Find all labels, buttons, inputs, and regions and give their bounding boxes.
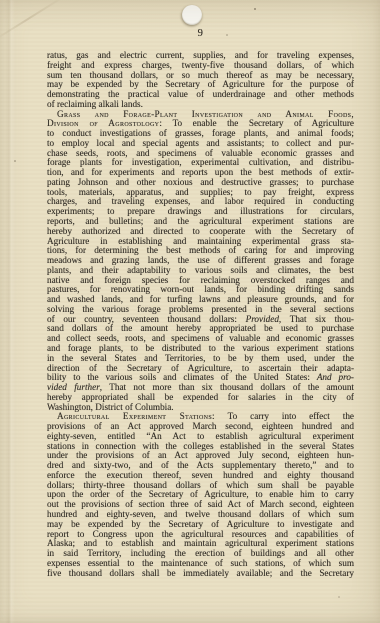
text-line: and washed lands, and for turfing lawns … — [47, 295, 354, 305]
text-line: and collect seeds, roots, and specimens … — [47, 334, 354, 344]
text-line: plants, and their adaptability to variou… — [47, 266, 354, 276]
body-text: Agriculture in establishing and maintain… — [47, 237, 354, 246]
text-line: Division of Agrostology: To enable the S… — [47, 119, 354, 129]
body-text: forage plants for investigation, experim… — [47, 158, 354, 167]
body-text: to employ local and special agents and a… — [47, 139, 354, 148]
body-text: enforce the execution thereof, seven hun… — [47, 471, 354, 480]
body-text: direction of the Secretary of Agricultur… — [47, 364, 354, 373]
text-line: native and foreign species for reclaimin… — [47, 276, 354, 286]
text-line: report to Congress upon the agricultural… — [47, 530, 354, 540]
text-line: hereby appropriated shall be expended fo… — [47, 393, 354, 403]
body-text: , That six thou- — [279, 315, 354, 324]
body-text: expenses essential to the maintenance of… — [47, 559, 354, 568]
text-line: may be expended by the Secretary of Agri… — [47, 520, 354, 530]
text-line: dred and sixty-two, and of the Acts supp… — [47, 461, 354, 471]
text-line: to conduct investigations of grasses, fo… — [47, 129, 354, 139]
text-line: vided further, That not more than six th… — [47, 383, 354, 393]
body-text: freight and express charges, twenty-five… — [47, 61, 354, 70]
body-text: chase seeds, roots, and specimens of val… — [47, 149, 354, 158]
text-line: and forage plants, to be distributed to … — [47, 344, 354, 354]
text-line: demonstrating the practical value of und… — [47, 90, 354, 100]
body-text: charges, and traveling expenses, and lab… — [47, 197, 354, 206]
body-text: eighty-seven, entitled “An Act to establ… — [47, 432, 354, 441]
text-line: under the provisions of an Act approved … — [47, 451, 354, 461]
text-line: sum ten thousand dollars, or so much the… — [47, 71, 354, 81]
text-block: ratus, gas and electric current, supplie… — [47, 51, 354, 578]
body-text: meadows and grazing lands, the use of di… — [47, 256, 354, 265]
text-line: solving the various forage problems pres… — [47, 305, 354, 315]
text-line: Agricultural Experiment Stations: To car… — [47, 412, 354, 422]
body-text: in the several States and Territories, t… — [47, 354, 354, 363]
body-text: of our country, seventeen thousand dolla… — [47, 315, 246, 324]
body-text: upon the order of the Secretary of Agric… — [47, 490, 354, 499]
text-line: in said Territory, including the erectio… — [47, 549, 354, 559]
text-line: tion, and for experiments and reports up… — [47, 168, 354, 178]
body-text: , That not more than six thousand dollar… — [100, 383, 354, 392]
scanned-page: 9 ratus, gas and electric current, suppl… — [0, 0, 380, 623]
body-text: and washed lands, and for turfing lawns … — [47, 295, 354, 304]
text-line: provisions of an Act approved March seco… — [47, 422, 354, 432]
text-line: bility to the various soils and climates… — [47, 373, 354, 383]
text-line: of our country, seventeen thousand dolla… — [47, 315, 354, 325]
body-text: may be expended by the Secretary of Agri… — [47, 520, 354, 529]
paper-crease — [5, 0, 15, 623]
text-line: pating Johnson and other noxious and des… — [47, 178, 354, 188]
body-text: five thousand dollars shall be immediate… — [47, 569, 354, 578]
body-text: native and foreign species for reclaimin… — [47, 276, 354, 285]
body-text: experiments; to prepare drawings and ill… — [47, 207, 354, 216]
body-text: hundred and eighty-seven, and twelve tho… — [47, 510, 354, 519]
body-text: bility to the various soils and climates… — [47, 373, 317, 382]
body-text: sand dollars of the amount hereby approp… — [47, 324, 354, 333]
body-text: hereby authorized and directed to cooper… — [47, 227, 354, 236]
text-line: tions, for determining the best methods … — [47, 246, 354, 256]
body-text: Alaska; and to establish and maintain ag… — [47, 539, 354, 548]
body-text: tion, and for experiments and reports up… — [47, 168, 354, 177]
text-line: Alaska; and to establish and maintain ag… — [47, 539, 354, 549]
body-text: stations in connection with the colleges… — [47, 442, 354, 451]
body-text: To carry into effect the — [215, 412, 354, 421]
body-text: and forage plants, to be distributed to … — [47, 344, 354, 353]
text-line: chase seeds, roots, and specimens of val… — [47, 149, 354, 159]
body-text: To enable the Secretary of Agriculture — [162, 119, 354, 128]
text-line: may be expended by the Secretary of Agri… — [47, 80, 354, 90]
body-text: provisions of an Act approved March seco… — [47, 422, 354, 431]
paper-speck — [254, 8, 256, 10]
text-line: Grass and Forage-Plant Investigation and… — [47, 110, 354, 120]
text-line: forage plants for investigation, experim… — [47, 158, 354, 168]
paper-speck — [14, 160, 16, 162]
text-line: hereby authorized and directed to cooper… — [47, 227, 354, 237]
text-line: sand dollars of the amount hereby approp… — [47, 324, 354, 334]
text-line: pastures, for renovating worn-out lands,… — [47, 285, 354, 295]
body-text: in said Territory, including the erectio… — [47, 549, 354, 558]
body-text: to conduct investigations of grasses, fo… — [47, 129, 354, 138]
body-text: ratus, gas and electric current, supplie… — [47, 51, 354, 60]
body-text: And pro- — [317, 373, 354, 382]
text-line: direction of the Secretary of Agricultur… — [47, 364, 354, 374]
body-text: pating Johnson and other noxious and des… — [47, 178, 354, 187]
body-text: report to Congress upon the agricultural… — [47, 530, 354, 539]
text-line: experiments; to prepare drawings and ill… — [47, 207, 354, 217]
text-line: stations in connection with the colleges… — [47, 442, 354, 452]
body-text: sum ten thousand dollars, or so much the… — [47, 71, 354, 80]
text-line: in the several States and Territories, t… — [47, 354, 354, 364]
text-line: tools, materials, apparatus, and supplie… — [47, 188, 354, 198]
body-text: of reclaiming alkali lands. — [47, 100, 143, 109]
text-line: hundred and eighty-seven, and twelve tho… — [47, 510, 354, 520]
text-line: reports, and bulletins; and the agricult… — [47, 217, 354, 227]
text-line: enforce the execution thereof, seven hun… — [47, 471, 354, 481]
text-line: ratus, gas and electric current, supplie… — [47, 51, 354, 61]
text-line: eighty-seven, entitled “An Act to establ… — [47, 432, 354, 442]
text-line: five thousand dollars shall be immediate… — [47, 569, 354, 579]
section-heading-text: Agricultural Experiment Stations: — [57, 412, 215, 421]
text-line: charges, and traveling expenses, and lab… — [47, 197, 354, 207]
paper-speck — [338, 596, 340, 598]
body-text: may be expended by the Secretary of Agri… — [47, 80, 354, 89]
body-text: hereby appropriated shall be expended fo… — [47, 393, 354, 402]
body-text: and collect seeds, roots, and specimens … — [47, 334, 354, 343]
body-text: solving the various forage problems pres… — [47, 305, 354, 314]
body-text: tools, materials, apparatus, and supplie… — [47, 188, 354, 197]
section-heading-text: Division of Agrostology: — [47, 119, 162, 128]
punch-hole-icon — [182, 5, 202, 25]
text-line: meadows and grazing lands, the use of di… — [47, 256, 354, 266]
body-text: under the provisions of an Act approved … — [47, 451, 354, 460]
body-text: pastures, for renovating worn-out lands,… — [47, 285, 354, 294]
section-heading-text: Grass and Forage-Plant Investigation and… — [57, 110, 354, 119]
text-line: out the provisions of section three of s… — [47, 500, 354, 510]
body-text: tions, for determining the best methods … — [47, 246, 354, 255]
text-line: freight and express charges, twenty-five… — [47, 61, 354, 71]
text-line: Washington, District of Columbia. — [47, 403, 354, 413]
text-line: to employ local and special agents and a… — [47, 139, 354, 149]
body-text: reports, and bulletins; and the agricult… — [47, 217, 354, 226]
text-line: upon the order of the Secretary of Agric… — [47, 490, 354, 500]
body-text: out the provisions of section three of s… — [47, 500, 354, 509]
body-text: Provided — [246, 315, 279, 324]
body-text: plants, and their adaptability to variou… — [47, 266, 354, 275]
body-text: Washington, District of Columbia. — [47, 403, 174, 412]
text-line: of reclaiming alkali lands. — [47, 100, 354, 110]
text-line: expenses essential to the maintenance of… — [47, 559, 354, 569]
text-line: Agriculture in establishing and maintain… — [47, 237, 354, 247]
text-line: dollars; thirty-three thousand dollars o… — [47, 481, 354, 491]
page-number: 9 — [47, 28, 354, 39]
body-text: dred and sixty-two, and of the Acts supp… — [47, 461, 354, 470]
body-text: vided further — [47, 383, 100, 392]
body-text: demonstrating the practical value of und… — [47, 90, 354, 99]
body-text: dollars; thirty-three thousand dollars o… — [47, 481, 354, 490]
